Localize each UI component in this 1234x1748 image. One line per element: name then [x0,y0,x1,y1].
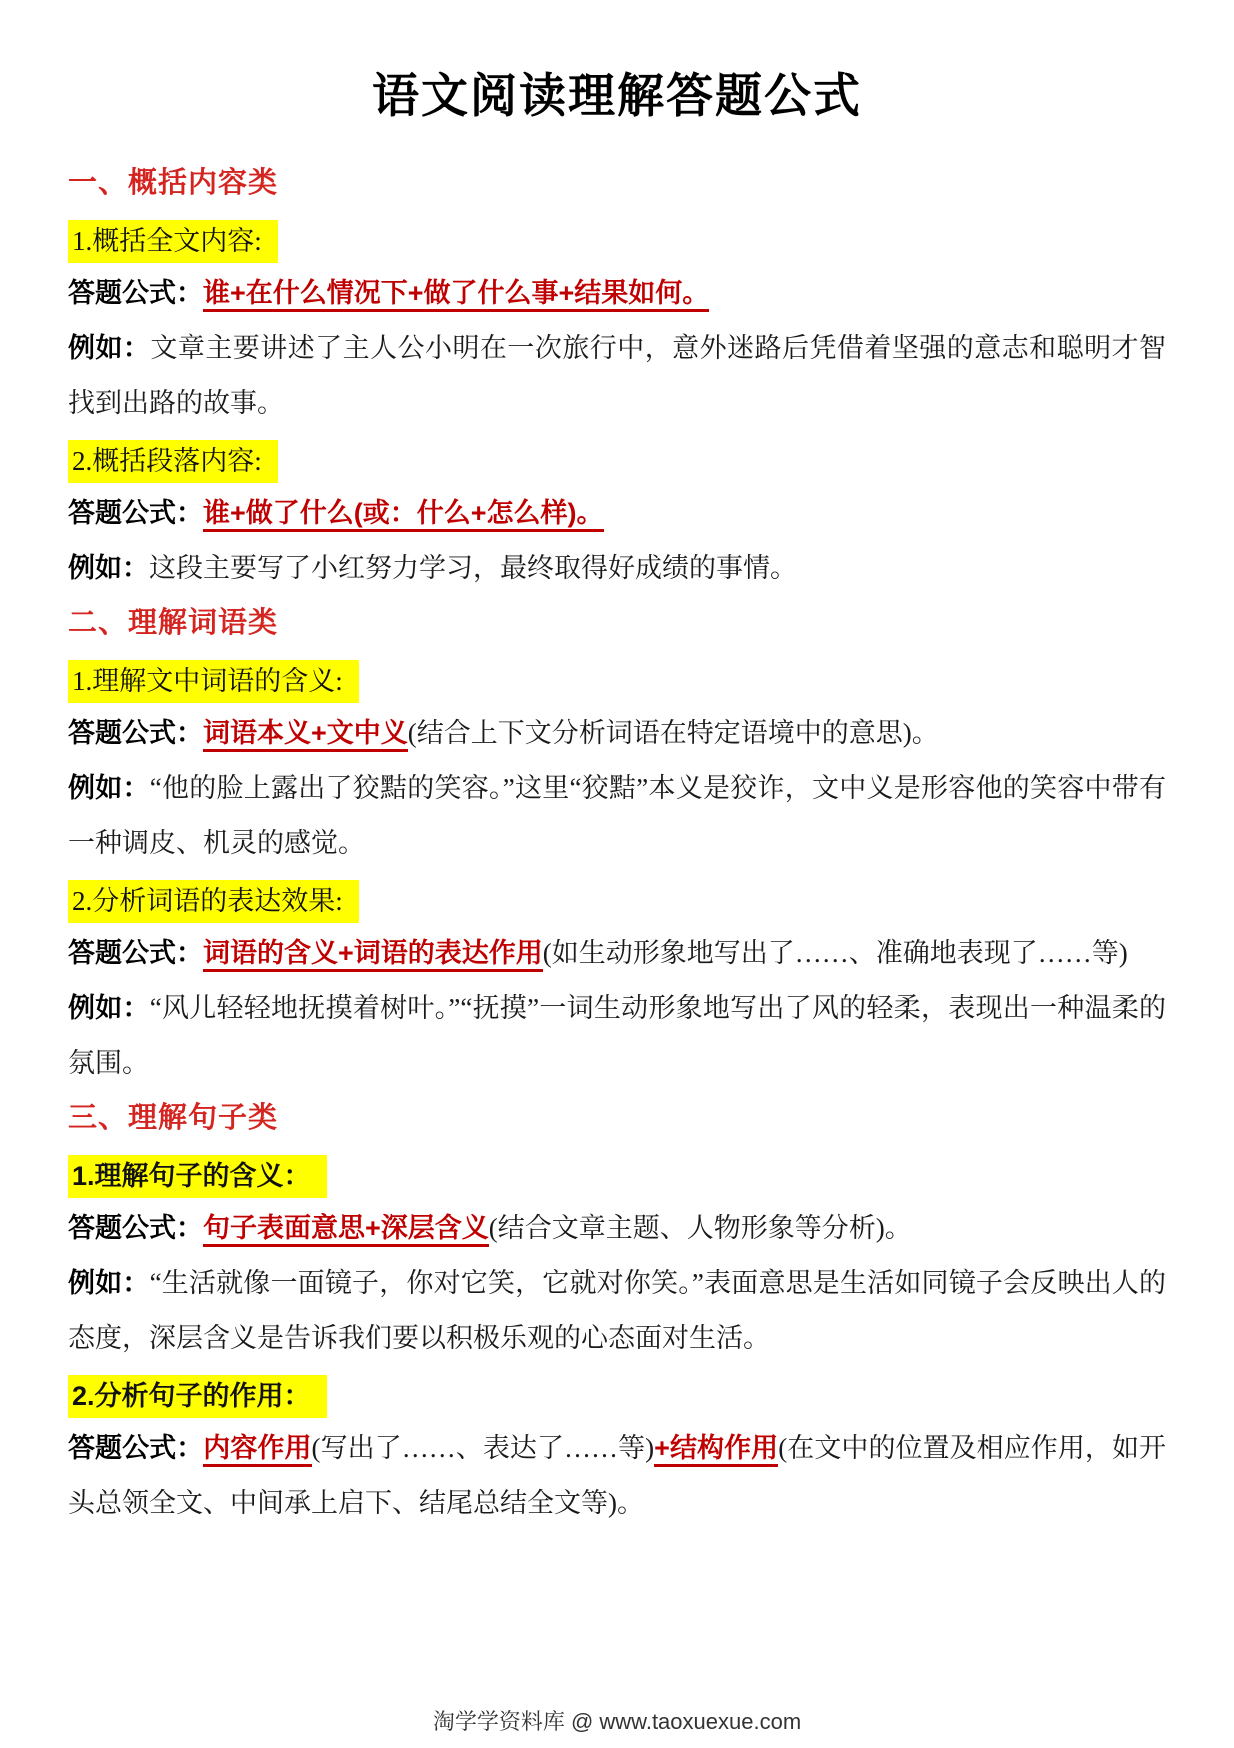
footer-watermark: 淘学学资料库 @ www.taoxuexue.com [0,1705,1234,1736]
example-text: 文章主要讲述了主人公小明在一次旅行中，意外迷路后凭借着坚强的意志和聪明才智找到出… [68,333,1166,418]
subheading-line: 1.概括全文内容: [68,211,1166,266]
formula-red-text: 谁+做了什么(或：什么+怎么样)。 [203,498,604,532]
section: 三、理解句子类 1.理解句子的含义： 答题公式：句子表面意思+深层含义(结合文章… [68,1091,1166,1531]
example-text: “他的脸上露出了狡黠的笑容。”这里“狡黠”本义是狡诈，文中义是形容他的笑容中带有… [68,773,1166,858]
topic-item: 2.分析句子的作用： 答题公式：内容作用(写出了……、表达了……等)+结构作用(… [68,1366,1166,1531]
formula-line: 答题公式：内容作用(写出了……、表达了……等)+结构作用(在文中的位置及相应作用… [68,1421,1166,1531]
formula-line: 答题公式：词语本义+文中义(结合上下文分析词语在特定语境中的意思)。 [68,706,1166,761]
section-heading: 三、理解句子类 [68,1091,1166,1146]
formula-line: 答题公式：谁+做了什么(或：什么+怎么样)。 [68,486,1166,541]
formula-note-text: (结合上下文分析词语在特定语境中的意思)。 [408,718,939,748]
formula-red-text: 谁+在什么情况下+做了什么事+结果如何。 [203,278,709,312]
highlighted-subheading: 2.概括段落内容: [68,440,278,483]
example-text: “生活就像一面镜子，你对它笑，它就对你笑。”表面意思是生活如同镜子会反映出人的态… [68,1268,1166,1353]
section-items: 1.概括全文内容: 答题公式：谁+在什么情况下+做了什么事+结果如何。 例如：文… [68,211,1166,596]
formula-parts: 词语的含义+词语的表达作用(如生动形象地写出了……、准确地表现了……等) [203,938,1128,972]
formula-note-text: (写出了……、表达了……等) [312,1433,655,1463]
topic-item: 1.理解文中词语的含义: 答题公式：词语本义+文中义(结合上下文分析词语在特定语… [68,651,1166,871]
formula-line: 答题公式：谁+在什么情况下+做了什么事+结果如何。 [68,266,1166,321]
highlighted-subheading: 1.理解句子的含义： [68,1155,327,1198]
formula-note-text: (结合文章主题、人物形象等分析)。 [489,1213,912,1243]
formula-parts: 句子表面意思+深层含义(结合文章主题、人物形象等分析)。 [203,1213,912,1247]
document-page: 语文阅读理解答题公式 一、概括内容类 1.概括全文内容: 答题公式：谁+在什么情… [0,0,1234,1748]
formula-red-text: 句子表面意思+深层含义 [203,1213,489,1247]
example-line: 例如：“风儿轻轻地抚摸着树叶。”“抚摸”一词生动形象地写出了风的轻柔，表现出一种… [68,981,1166,1091]
example-label: 例如： [68,993,150,1023]
highlighted-subheading: 2.分析词语的表达效果: [68,880,359,923]
formula-label: 答题公式： [68,1213,203,1243]
example-line: 例如：“他的脸上露出了狡黠的笑容。”这里“狡黠”本义是狡诈，文中义是形容他的笑容… [68,761,1166,871]
topic-item: 1.理解句子的含义： 答题公式：句子表面意思+深层含义(结合文章主题、人物形象等… [68,1146,1166,1366]
example-label: 例如： [68,553,149,583]
section: 二、理解词语类 1.理解文中词语的含义: 答题公式：词语本义+文中义(结合上下文… [68,596,1166,1091]
topic-item: 1.概括全文内容: 答题公式：谁+在什么情况下+做了什么事+结果如何。 例如：文… [68,211,1166,431]
example-line: 例如：这段主要写了小红努力学习，最终取得好成绩的事情。 [68,541,1166,596]
formula-label: 答题公式： [68,718,203,748]
page-title: 语文阅读理解答题公式 [68,68,1166,124]
example-text: 这段主要写了小红努力学习，最终取得好成绩的事情。 [149,553,797,583]
formula-line: 答题公式：词语的含义+词语的表达作用(如生动形象地写出了……、准确地表现了……等… [68,926,1166,981]
example-line: 例如：文章主要讲述了主人公小明在一次旅行中，意外迷路后凭借着坚强的意志和聪明才智… [68,321,1166,431]
formula-red-text: +结构作用 [654,1433,778,1467]
formula-label: 答题公式： [68,498,203,528]
content: 一、概括内容类 1.概括全文内容: 答题公式：谁+在什么情况下+做了什么事+结果… [68,156,1166,1531]
section: 一、概括内容类 1.概括全文内容: 答题公式：谁+在什么情况下+做了什么事+结果… [68,156,1166,596]
subheading-line: 2.分析句子的作用： [68,1366,1166,1421]
subheading-line: 2.概括段落内容: [68,431,1166,486]
formula-parts: 谁+做了什么(或：什么+怎么样)。 [203,498,604,532]
formula-red-text: 词语的含义+词语的表达作用 [203,938,543,972]
formula-parts: 内容作用(写出了……、表达了……等)+结构作用(在文中的位置及相应作用，如开头总… [68,1433,1166,1518]
section-heading: 一、概括内容类 [68,156,1166,211]
section-items: 1.理解文中词语的含义: 答题公式：词语本义+文中义(结合上下文分析词语在特定语… [68,651,1166,1091]
formula-red-text: 内容作用 [203,1433,311,1467]
formula-line: 答题公式：句子表面意思+深层含义(结合文章主题、人物形象等分析)。 [68,1201,1166,1256]
formula-label: 答题公式： [68,278,203,308]
example-label: 例如： [68,1268,150,1298]
section-heading: 二、理解词语类 [68,596,1166,651]
section-items: 1.理解句子的含义： 答题公式：句子表面意思+深层含义(结合文章主题、人物形象等… [68,1146,1166,1531]
formula-note-text: (如生动形象地写出了……、准确地表现了……等) [543,938,1128,968]
example-label: 例如： [68,333,150,363]
highlighted-subheading: 2.分析句子的作用： [68,1375,327,1418]
highlighted-subheading: 1.理解文中词语的含义: [68,660,359,703]
topic-item: 2.概括段落内容: 答题公式：谁+做了什么(或：什么+怎么样)。 例如：这段主要… [68,431,1166,596]
formula-label: 答题公式： [68,1433,203,1463]
formula-parts: 词语本义+文中义(结合上下文分析词语在特定语境中的意思)。 [203,718,939,752]
subheading-line: 2.分析词语的表达效果: [68,871,1166,926]
topic-item: 2.分析词语的表达效果: 答题公式：词语的含义+词语的表达作用(如生动形象地写出… [68,871,1166,1091]
example-text: “风儿轻轻地抚摸着树叶。”“抚摸”一词生动形象地写出了风的轻柔，表现出一种温柔的… [68,993,1166,1078]
formula-red-text: 词语本义+文中义 [203,718,408,752]
example-line: 例如：“生活就像一面镜子，你对它笑，它就对你笑。”表面意思是生活如同镜子会反映出… [68,1256,1166,1366]
formula-parts: 谁+在什么情况下+做了什么事+结果如何。 [203,278,709,312]
example-label: 例如： [68,773,150,803]
subheading-line: 1.理解文中词语的含义: [68,651,1166,706]
subheading-line: 1.理解句子的含义： [68,1146,1166,1201]
formula-label: 答题公式： [68,938,203,968]
highlighted-subheading: 1.概括全文内容: [68,220,278,263]
